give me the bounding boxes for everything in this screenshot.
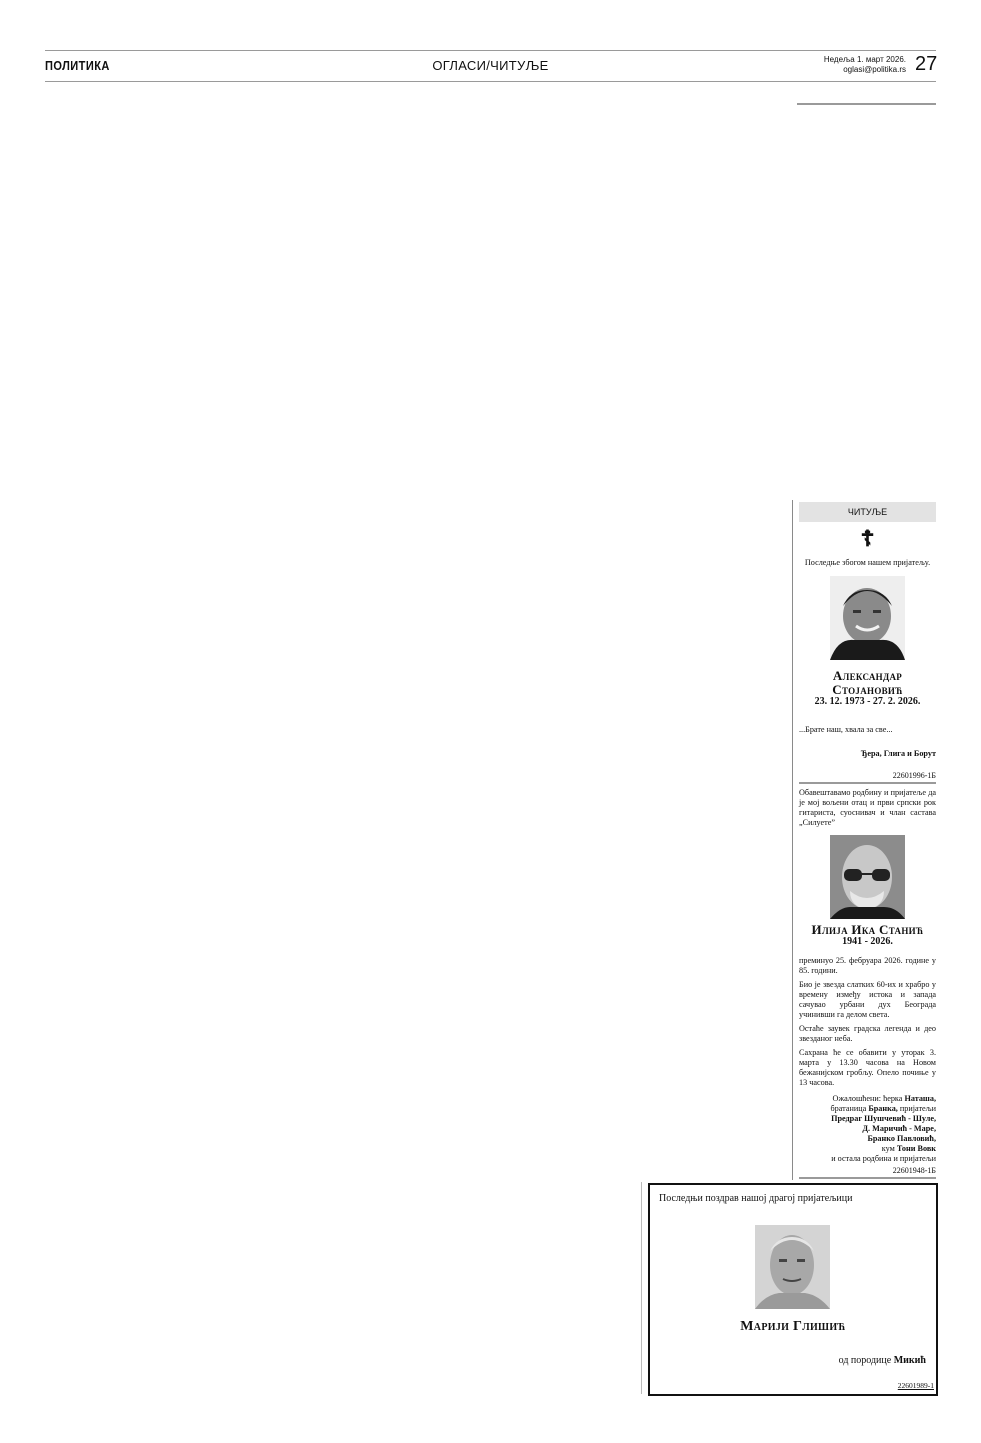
mourner-text: Ожалошћени: ћерка xyxy=(833,1094,905,1103)
notice-3-side-rule xyxy=(641,1182,642,1394)
mourner-name: Бранка, xyxy=(868,1104,898,1113)
notice-3-ref: 22601989-1 xyxy=(898,1381,934,1390)
notice-2-paragraph: Остаће заувек градска легенда и део звез… xyxy=(799,1024,936,1044)
notice-1-intro: Последње збогом нашем пријатељу. xyxy=(799,558,936,568)
obituary-column: ЧИТУЉЕ ☦ Последње збогом нашем пријатељу… xyxy=(792,500,938,1180)
mourner-line: Д. Маричић - Маре, xyxy=(799,1124,936,1134)
mourner-name: Наташа, xyxy=(904,1094,936,1103)
notice-3-box: Последњи поздрав нашој драгој пријатељиц… xyxy=(648,1183,938,1396)
notice-2-name: Илија Ика Станић xyxy=(799,923,936,937)
notice-2-intro: Обавештавамо родбину и пријатеље да је м… xyxy=(799,788,936,828)
signature-family: Микић xyxy=(894,1355,926,1366)
mourner-text: братаница xyxy=(831,1104,869,1113)
signature-prefix: од породице xyxy=(839,1355,894,1366)
mourner-text: и остала родбина и пријатељи xyxy=(831,1154,936,1163)
mourner-line: и остала родбина и пријатељи xyxy=(799,1154,936,1164)
notice-2-mourners: Ожалошћени: ћерка Наташа, братаница Бран… xyxy=(799,1094,936,1164)
orthodox-cross-icon: ☦ xyxy=(799,528,936,550)
notice-1-message: ...Брате наш, хвала за све... xyxy=(799,725,936,735)
notice-1-ref: 22601996-1Б xyxy=(799,771,936,781)
column-top-rule xyxy=(797,103,936,105)
notice-2-dates: 1941 - 2026. xyxy=(799,936,936,947)
notice-2-ref: 22601948-1Б xyxy=(799,1166,936,1176)
issue-date: Недеља 1. март 2026. xyxy=(824,55,906,65)
header-top-rule xyxy=(45,50,936,51)
notice-3-intro: Последњи поздрав нашој драгој пријатељиц… xyxy=(659,1193,852,1205)
notice-2-body: преминуо 25. фебруара 2026. године у 85.… xyxy=(799,956,936,1092)
mourner-line: Предраг Шушчевић - Шуле, xyxy=(799,1114,936,1124)
mourner-line: Ожалошћени: ћерка Наташа, xyxy=(799,1094,936,1104)
notice-3-name: Марији Глишић xyxy=(650,1319,936,1335)
notice-3-signature: од породице Микић xyxy=(839,1355,926,1367)
mourner-line: братаница Бранка, пријатељи xyxy=(799,1104,936,1114)
page-number: 27 xyxy=(915,53,937,75)
header-meta: Недеља 1. март 2026. oglasi@politika.rs xyxy=(824,55,906,75)
notice-2-paragraph: Био је звезда слатких 60-их и храбро у в… xyxy=(799,980,936,1020)
header-bottom-rule xyxy=(45,81,936,82)
mourner-name: Предраг Шушчевић - Шуле, xyxy=(831,1114,936,1123)
mourner-line: кум Тони Вовк xyxy=(799,1144,936,1154)
notice-separator xyxy=(799,782,936,784)
mourner-line: Бранко Павловић, xyxy=(799,1134,936,1144)
notice-1-photo xyxy=(830,576,905,660)
mourner-text: пријатељи xyxy=(898,1104,936,1113)
mourner-name: Тони Вовк xyxy=(897,1144,936,1153)
notice-2-paragraph: Сахрана ће се обавити у уторак 3. марта … xyxy=(799,1048,936,1088)
contact-email: oglasi@politika.rs xyxy=(824,65,906,75)
column-header: ЧИТУЉЕ xyxy=(799,502,936,522)
notice-1-dates: 23. 12. 1973 - 27. 2. 2026. xyxy=(799,696,936,707)
notice-1-name-line2: Стојановић xyxy=(799,683,936,697)
notice-1-name-line1: Александар xyxy=(799,669,936,683)
notice-3-photo xyxy=(755,1225,830,1309)
mourner-text: кум xyxy=(882,1144,897,1153)
mourner-name: Бранко Павловић, xyxy=(867,1134,936,1143)
notice-separator xyxy=(799,1177,936,1179)
notice-2-photo xyxy=(830,835,905,919)
mourner-name: Д. Маричић - Маре, xyxy=(862,1124,936,1133)
notice-1-signature: Ђера, Глига и Борут xyxy=(799,749,936,759)
notice-2-paragraph: преминуо 25. фебруара 2026. године у 85.… xyxy=(799,956,936,976)
